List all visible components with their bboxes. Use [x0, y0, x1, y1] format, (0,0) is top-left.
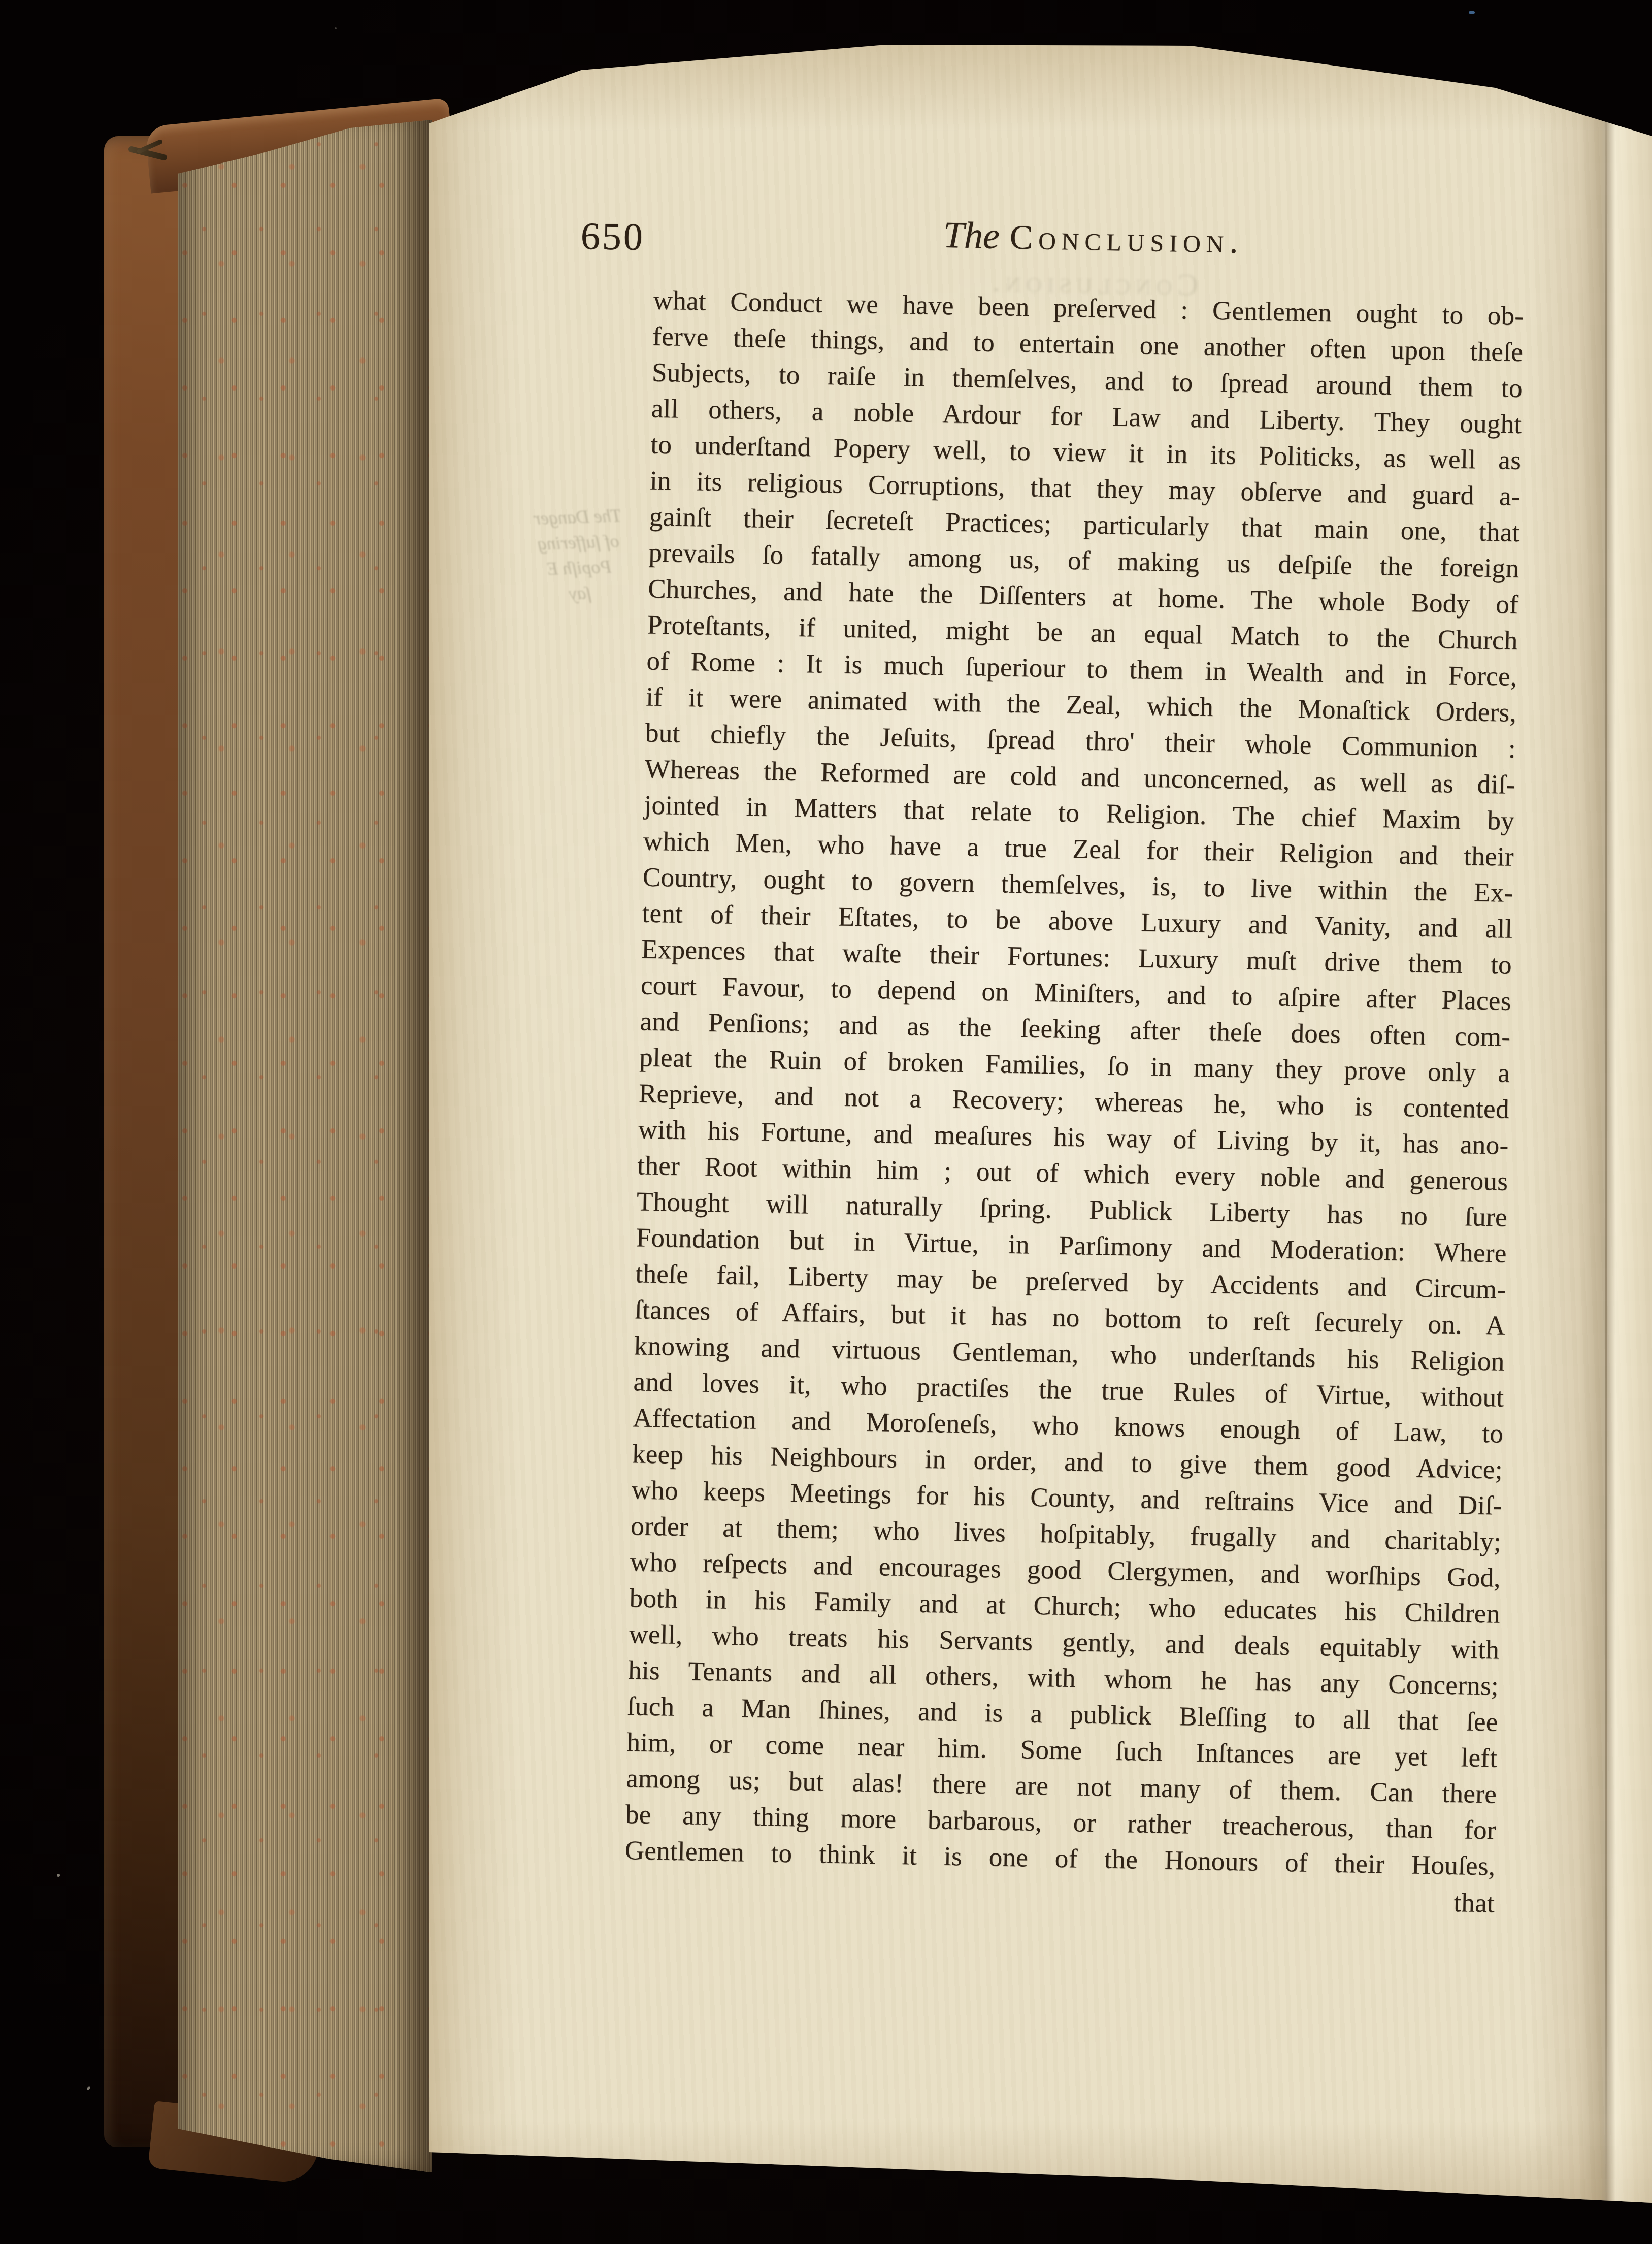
page-text-area: 650 TheConclusion. Conclusion. what Cond…: [550, 207, 1531, 1923]
book-photograph: The Dangerof ſufferingPopiſh Eſay 650 Th…: [0, 0, 1652, 2244]
running-title-word: Conclusion.: [1009, 217, 1244, 260]
dust-speck-blue: [1469, 11, 1475, 14]
book-page: The Dangerof ſufferingPopiſh Eſay 650 Th…: [429, 40, 1652, 2206]
page-stack-fore-edge: [178, 107, 432, 2176]
page-header: 650 TheConclusion. Conclusion.: [580, 207, 1531, 280]
dust-speck: [335, 27, 337, 29]
showthrough-title-ghost: Conclusion.: [987, 264, 1199, 304]
dust-speck: [86, 2086, 90, 2090]
page-number: 650: [580, 214, 645, 259]
running-title: TheConclusion.: [943, 214, 1244, 263]
dust-speck: [57, 1874, 60, 1877]
gutter-shadow: [1530, 40, 1652, 2206]
catchword: that: [1453, 1888, 1495, 1918]
running-title-the: The: [943, 214, 1000, 257]
body-text: what Conduct we have been preſerved : Ge…: [624, 283, 1524, 1885]
